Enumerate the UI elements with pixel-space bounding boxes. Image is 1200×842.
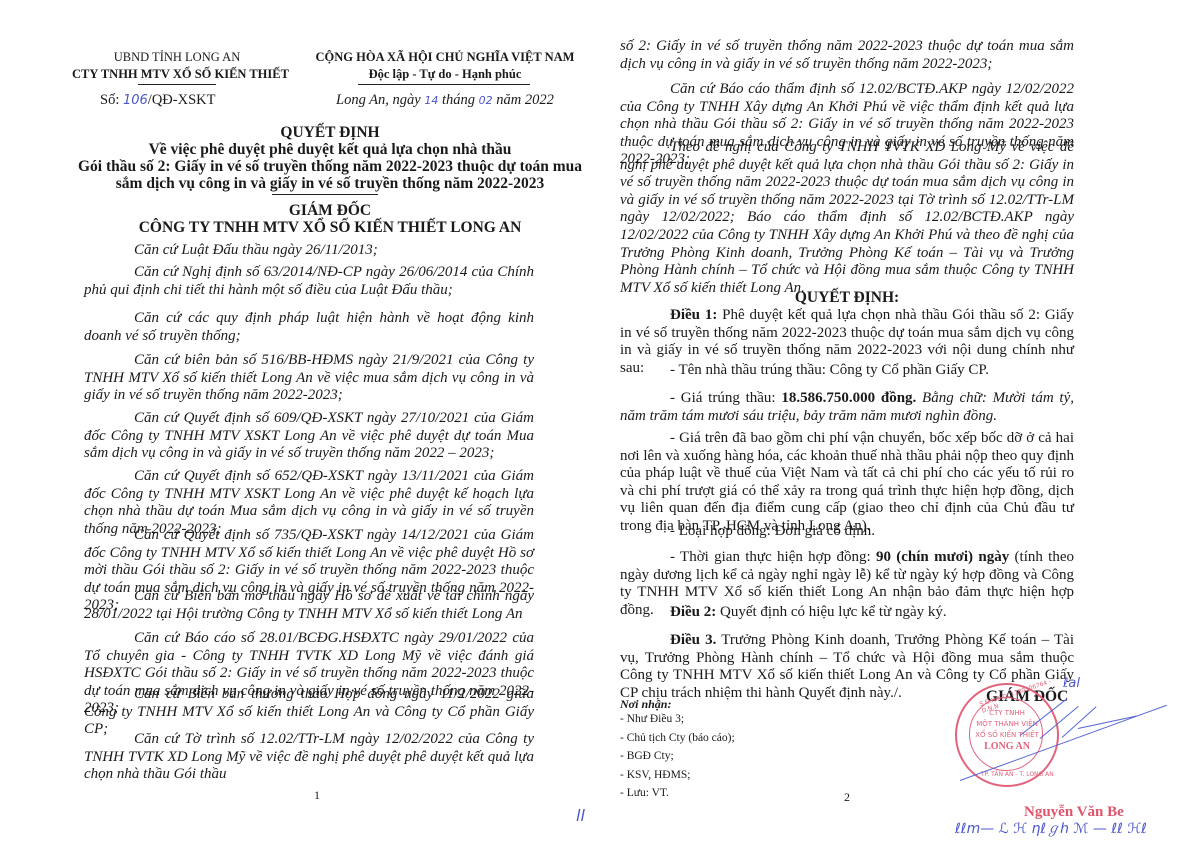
legal-basis-paragraph: Căn cứ Tờ trình số 12.02/TTr-LM ngày 12/…: [84, 731, 534, 784]
price-note: - Giá trên đã bao gồm chi phí vận chuyển…: [620, 430, 1074, 536]
seal-ring-bottom: TP. TÂN AN - T. LONG AN: [981, 771, 1054, 778]
issuer-block: UBND TỈNH LONG AN CTY TNHH MTV XỔ SỐ KIẾ…: [72, 49, 282, 83]
document-date: Long An, ngày 14 tháng 02 năm 2022: [336, 92, 554, 109]
national-header: CỘNG HÒA XÃ HỘI CHỦ NGHĨA VIỆT NAM Độc l…: [300, 49, 590, 83]
title-underline: [272, 194, 378, 195]
motto-underline: [358, 84, 530, 85]
handwritten-month: 02: [479, 94, 493, 107]
decision-title: QUYẾT ĐỊNH Về việc phê duyệt phê duyệt k…: [60, 124, 600, 192]
decision-subject-2: Gói thầu số 2: Giấy in vé số truyền thốn…: [60, 158, 600, 175]
document-number: Số: 106/QĐ-XSKT: [100, 92, 215, 109]
legal-basis-paragraph: Căn cứ biên bản số 516/BB-HĐMS ngày 21/9…: [84, 352, 534, 405]
legal-basis-paragraph: Căn cứ các quy định pháp luật hiện hành …: [84, 310, 534, 345]
recipient-item: - Chủ tịch Cty (báo cáo);: [620, 729, 735, 748]
authority-block: GIÁM ĐỐC CÔNG TY TNHH MTV XỔ SỐ KIẾN THI…: [60, 202, 600, 236]
legal-basis-paragraph: Căn cứ Quyết định số 609/QĐ-XSKT ngày 27…: [84, 410, 534, 463]
legal-basis-paragraph: Căn cứ Nghị định số 63/2014/NĐ-CP ngày 2…: [84, 264, 534, 299]
decision-subject-3: sắm dịch vụ công in và giấy in vé số tru…: [60, 175, 600, 192]
legal-basis-paragraph: Căn cứ Biên bản mở thầu ngày Hồ sơ đề xu…: [84, 588, 534, 623]
price-value: 18.586.750.000 đồng.: [781, 390, 916, 406]
winner-line: - Tên nhà thầu trúng thầu: Công ty Cổ ph…: [620, 362, 1074, 380]
authority-role: GIÁM ĐỐC: [60, 202, 600, 219]
issuer-line-2: CTY TNHH MTV XỔ SỐ KIẾN THIẾT: [72, 66, 282, 83]
winning-price: - Giá trúng thầu: 18.586.750.000 đồng. B…: [620, 390, 1074, 425]
recipients-list: - Như Điều 3;- Chủ tịch Cty (báo cáo);- …: [620, 710, 735, 803]
initial-near-role: ℓal: [1063, 676, 1080, 691]
decision-heading: QUYẾT ĐỊNH:: [620, 289, 1074, 306]
contract-type: - Loại hợp đồng: Đơn giá cố định.: [620, 523, 1074, 541]
article-3-label: Điều 3.: [670, 632, 716, 648]
document-page-2: số 2: Giấy in vé số truyền thống năm 202…: [600, 0, 1200, 842]
recipient-item: - Lưu: VT.: [620, 784, 735, 803]
article-1-label: Điều 1:: [670, 307, 717, 323]
issuer-line-1: UBND TỈNH LONG AN: [72, 49, 282, 66]
recipient-item: - Như Điều 3;: [620, 710, 735, 729]
page-number-2: 2: [844, 790, 850, 805]
national-motto: Độc lập - Tự do - Hạnh phúc: [300, 66, 590, 83]
initials-row: ℓℓm— ℒ ℋ ƞℓℊℎ ℳ — ℓℓ ℋℓ: [955, 818, 1147, 838]
page-number-1: 1: [314, 788, 320, 803]
continuation-paragraph: số 2: Giấy in vé số truyền thống năm 202…: [620, 38, 1074, 73]
article-2-label: Điều 2:: [670, 604, 716, 620]
authority-org: CÔNG TY TNHH MTV XỔ SỐ KIẾN THIẾT LONG A…: [60, 219, 600, 236]
initial-mark: ll: [576, 806, 585, 825]
decision-subject-1: Về việc phê duyệt phê duyệt kết quả lựa …: [60, 141, 600, 158]
proposal-paragraph: Theo đề nghị của Công ty TNHH TVTK XD Lo…: [620, 139, 1074, 297]
national-title: CỘNG HÒA XÃ HỘI CHỦ NGHĨA VIỆT NAM: [300, 49, 590, 66]
handwritten-day: 14: [424, 94, 438, 107]
decision-title-main: QUYẾT ĐỊNH: [60, 124, 600, 141]
duration-value: 90 (chín mươi) ngày: [876, 549, 1009, 565]
issuer-underline: [138, 84, 216, 85]
legal-basis-paragraph: Căn cứ Luật Đấu thầu ngày 26/11/2013;: [84, 242, 534, 260]
recipient-item: - BGĐ Cty;: [620, 747, 735, 766]
handwritten-number: 106: [123, 93, 148, 108]
document-page-1: UBND TỈNH LONG AN CTY TNHH MTV XỔ SỐ KIẾ…: [0, 0, 600, 842]
article-2: Điều 2: Quyết định có hiệu lực kể từ ngà…: [620, 604, 1074, 622]
recipient-item: - KSV, HĐMS;: [620, 766, 735, 785]
